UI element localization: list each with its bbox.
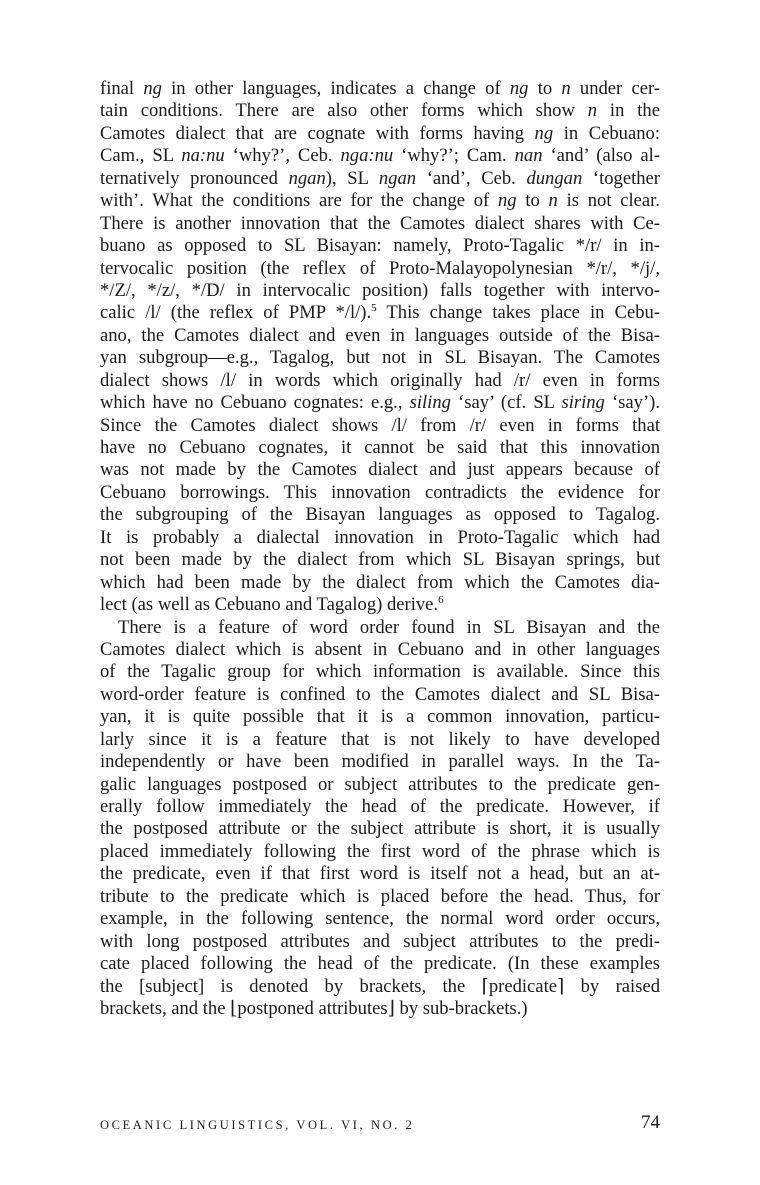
- text-run: ), SL: [326, 168, 379, 189]
- text-run: with’. What the conditions are for the c…: [100, 190, 498, 211]
- italic-term: siling: [410, 392, 451, 413]
- text-run: example, in the following sentence, the …: [100, 908, 660, 929]
- text-run: which have no Cebuano cognates: e.g.,: [100, 392, 410, 413]
- text-line: buano as opposed to SL Bisayan: namely, …: [100, 235, 660, 257]
- text-line: word-order feature is confined to the Ca…: [100, 684, 660, 706]
- text-line: final ng in other languages, indicates a…: [100, 78, 660, 100]
- text-run: ‘together: [582, 168, 660, 189]
- text-line: There is another innovation that the Cam…: [100, 213, 660, 235]
- text-run: not been made by the dialect from which …: [100, 549, 660, 570]
- text-run: Camotes dialect that are cognate with fo…: [100, 123, 535, 144]
- text-run: under cer-: [571, 78, 660, 99]
- text-run: ‘say’ (cf. SL: [451, 392, 562, 413]
- text-run: word-order feature is confined to the Ca…: [100, 684, 660, 705]
- text-line: independently or have been modified in p…: [100, 751, 660, 773]
- text-run: ‘and’ (also al-: [543, 145, 660, 166]
- text-run: Since the Camotes dialect shows /l/ from…: [100, 415, 660, 436]
- text-run: tain conditions. There are also other fo…: [100, 100, 588, 121]
- text-line: Cebuano borrowings. This innovation cont…: [100, 482, 660, 504]
- text-run: ‘say’).: [605, 392, 660, 413]
- text-line: not been made by the dialect from which …: [100, 549, 660, 571]
- text-run: the predicate, even if that first word i…: [100, 863, 660, 884]
- text-run: tribute to the predicate which is placed…: [100, 886, 660, 907]
- text-line: have no Cebuano cognates, it cannot be s…: [100, 437, 660, 459]
- text-run: yan subgroup—e.g., Tagalog, but not in S…: [100, 347, 660, 368]
- italic-term: ngan: [379, 168, 416, 189]
- text-run: buano as opposed to SL Bisayan: namely, …: [100, 235, 660, 256]
- italic-term: nga:nu: [340, 145, 393, 166]
- text-line: yan, it is quite possible that it is a c…: [100, 706, 660, 728]
- text-line: cate placed following the head of the pr…: [100, 953, 660, 975]
- text-line: ano, the Camotes dialect and even in lan…: [100, 325, 660, 347]
- text-line: placed immediately following the first w…: [100, 841, 660, 863]
- text-run: Cebuano borrowings. This innovation cont…: [100, 482, 660, 503]
- text-line: */Z/, */z/, */D/ in intervocalic positio…: [100, 280, 660, 302]
- text-line: which have no Cebuano cognates: e.g., si…: [100, 392, 660, 414]
- text-line: with long postposed attributes and subje…: [100, 931, 660, 953]
- text-line: Since the Camotes dialect shows /l/ from…: [100, 415, 660, 437]
- text-line: erally follow immediately the head of th…: [100, 796, 660, 818]
- text-line: Camotes dialect that are cognate with fo…: [100, 123, 660, 145]
- footnote-marker: 6: [438, 594, 444, 606]
- text-run: lect (as well as Cebuano and Tagalog) de…: [100, 594, 438, 615]
- body-text: final ng in other languages, indicates a…: [100, 78, 660, 1020]
- text-line: which had been made by the dialect from …: [100, 572, 660, 594]
- text-line: example, in the following sentence, the …: [100, 908, 660, 930]
- text-run: to: [517, 190, 549, 211]
- text-line: yan subgroup—e.g., Tagalog, but not in S…: [100, 347, 660, 369]
- text-run: ‘why?’, Ceb.: [225, 145, 341, 166]
- text-run: brackets, and the ⌊postponed attributes⌋…: [100, 998, 528, 1019]
- text-line: tervocalic position (the reflex of Proto…: [100, 258, 660, 280]
- text-run: galic languages postposed or subject att…: [100, 774, 660, 795]
- text-run: tervocalic position (the reflex of Proto…: [100, 258, 660, 279]
- italic-term: na:nu: [181, 145, 224, 166]
- text-run: erally follow immediately the head of th…: [100, 796, 660, 817]
- italic-term: ng: [498, 190, 517, 211]
- text-line: larly since it is a feature that is not …: [100, 729, 660, 751]
- italic-term: ng: [143, 78, 162, 99]
- text-line: tribute to the predicate which is placed…: [100, 886, 660, 908]
- text-run: to: [528, 78, 561, 99]
- text-line: There is a feature of word order found i…: [100, 617, 660, 639]
- text-run: There is a feature of word order found i…: [118, 617, 660, 638]
- text-run: independently or have been modified in p…: [100, 751, 660, 772]
- text-run: which had been made by the dialect from …: [100, 572, 660, 593]
- text-line: galic languages postposed or subject att…: [100, 774, 660, 796]
- italic-term: ng: [510, 78, 529, 99]
- text-run: the [subject] is denoted by brackets, th…: [100, 976, 660, 997]
- text-line: ternatively pronounced ngan), SL ngan ‘a…: [100, 168, 660, 190]
- text-line: Cam., SL na:nu ‘why?’, Ceb. nga:nu ‘why?…: [100, 145, 660, 167]
- text-run: placed immediately following the first w…: [100, 841, 660, 862]
- text-run: This change takes place in Cebu-: [377, 302, 660, 323]
- italic-term: n: [549, 190, 558, 211]
- text-run: was not made by the Camotes dialect and …: [100, 459, 660, 480]
- text-run: yan, it is quite possible that it is a c…: [100, 706, 660, 727]
- text-run: larly since it is a feature that is not …: [100, 729, 660, 750]
- italic-term: siring: [561, 392, 604, 413]
- italic-term: ngan: [289, 168, 326, 189]
- text-run: ‘and’, Ceb.: [416, 168, 526, 189]
- text-line: the [subject] is denoted by brackets, th…: [100, 976, 660, 998]
- italic-term: n: [561, 78, 570, 99]
- page-footer: Oceanic Linguistics, Vol. VI, No. 2 74: [100, 1116, 660, 1134]
- text-run: dialect shows /l/ in words which origina…: [100, 370, 660, 391]
- text-line: calic /l/ (the reflex of PMP */l/).5 Thi…: [100, 302, 660, 324]
- text-run: ‘why?’; Cam.: [393, 145, 514, 166]
- italic-term: ng: [535, 123, 554, 144]
- text-run: of the Tagalic group for which informati…: [100, 661, 660, 682]
- text-line: Camotes dialect which is absent in Cebua…: [100, 639, 660, 661]
- text-run: final: [100, 78, 143, 99]
- text-run: There is another innovation that the Cam…: [100, 213, 660, 234]
- text-run: cate placed following the head of the pr…: [100, 953, 660, 974]
- text-line: tain conditions. There are also other fo…: [100, 100, 660, 122]
- text-run: the postposed attribute or the subject a…: [100, 818, 660, 839]
- italic-term: dungan: [526, 168, 582, 189]
- text-line: was not made by the Camotes dialect and …: [100, 459, 660, 481]
- text-line: of the Tagalic group for which informati…: [100, 661, 660, 683]
- text-run: in other languages, indicates a change o…: [162, 78, 510, 99]
- text-line: lect (as well as Cebuano and Tagalog) de…: [100, 594, 660, 616]
- text-run: */Z/, */z/, */D/ in intervocalic positio…: [100, 280, 660, 301]
- text-line: the postposed attribute or the subject a…: [100, 818, 660, 840]
- text-line: the subgrouping of the Bisayan languages…: [100, 504, 660, 526]
- text-run: Cam., SL: [100, 145, 181, 166]
- italic-term: nan: [515, 145, 543, 166]
- text-run: It is probably a dialectal innovation in…: [100, 527, 660, 548]
- text-run: in Cebuano:: [553, 123, 660, 144]
- text-line: brackets, and the ⌊postponed attributes⌋…: [100, 998, 660, 1020]
- text-run: in the: [597, 100, 660, 121]
- text-line: with’. What the conditions are for the c…: [100, 190, 660, 212]
- text-run: ano, the Camotes dialect and even in lan…: [100, 325, 660, 346]
- text-run: calic /l/ (the reflex of PMP */l/).: [100, 302, 371, 323]
- text-run: with long postposed attributes and subje…: [100, 931, 660, 952]
- text-line: It is probably a dialectal innovation in…: [100, 527, 660, 549]
- text-run: have no Cebuano cognates, it cannot be s…: [100, 437, 660, 458]
- page-number: 74: [641, 1112, 660, 1134]
- text-line: the predicate, even if that first word i…: [100, 863, 660, 885]
- text-run: the subgrouping of the Bisayan languages…: [100, 504, 660, 525]
- text-run: ternatively pronounced: [100, 168, 289, 189]
- text-line: dialect shows /l/ in words which origina…: [100, 370, 660, 392]
- italic-term: n: [588, 100, 597, 121]
- journal-citation: Oceanic Linguistics, Vol. VI, No. 2: [100, 1118, 415, 1132]
- text-run: is not clear.: [558, 190, 660, 211]
- text-run: Camotes dialect which is absent in Cebua…: [100, 639, 660, 660]
